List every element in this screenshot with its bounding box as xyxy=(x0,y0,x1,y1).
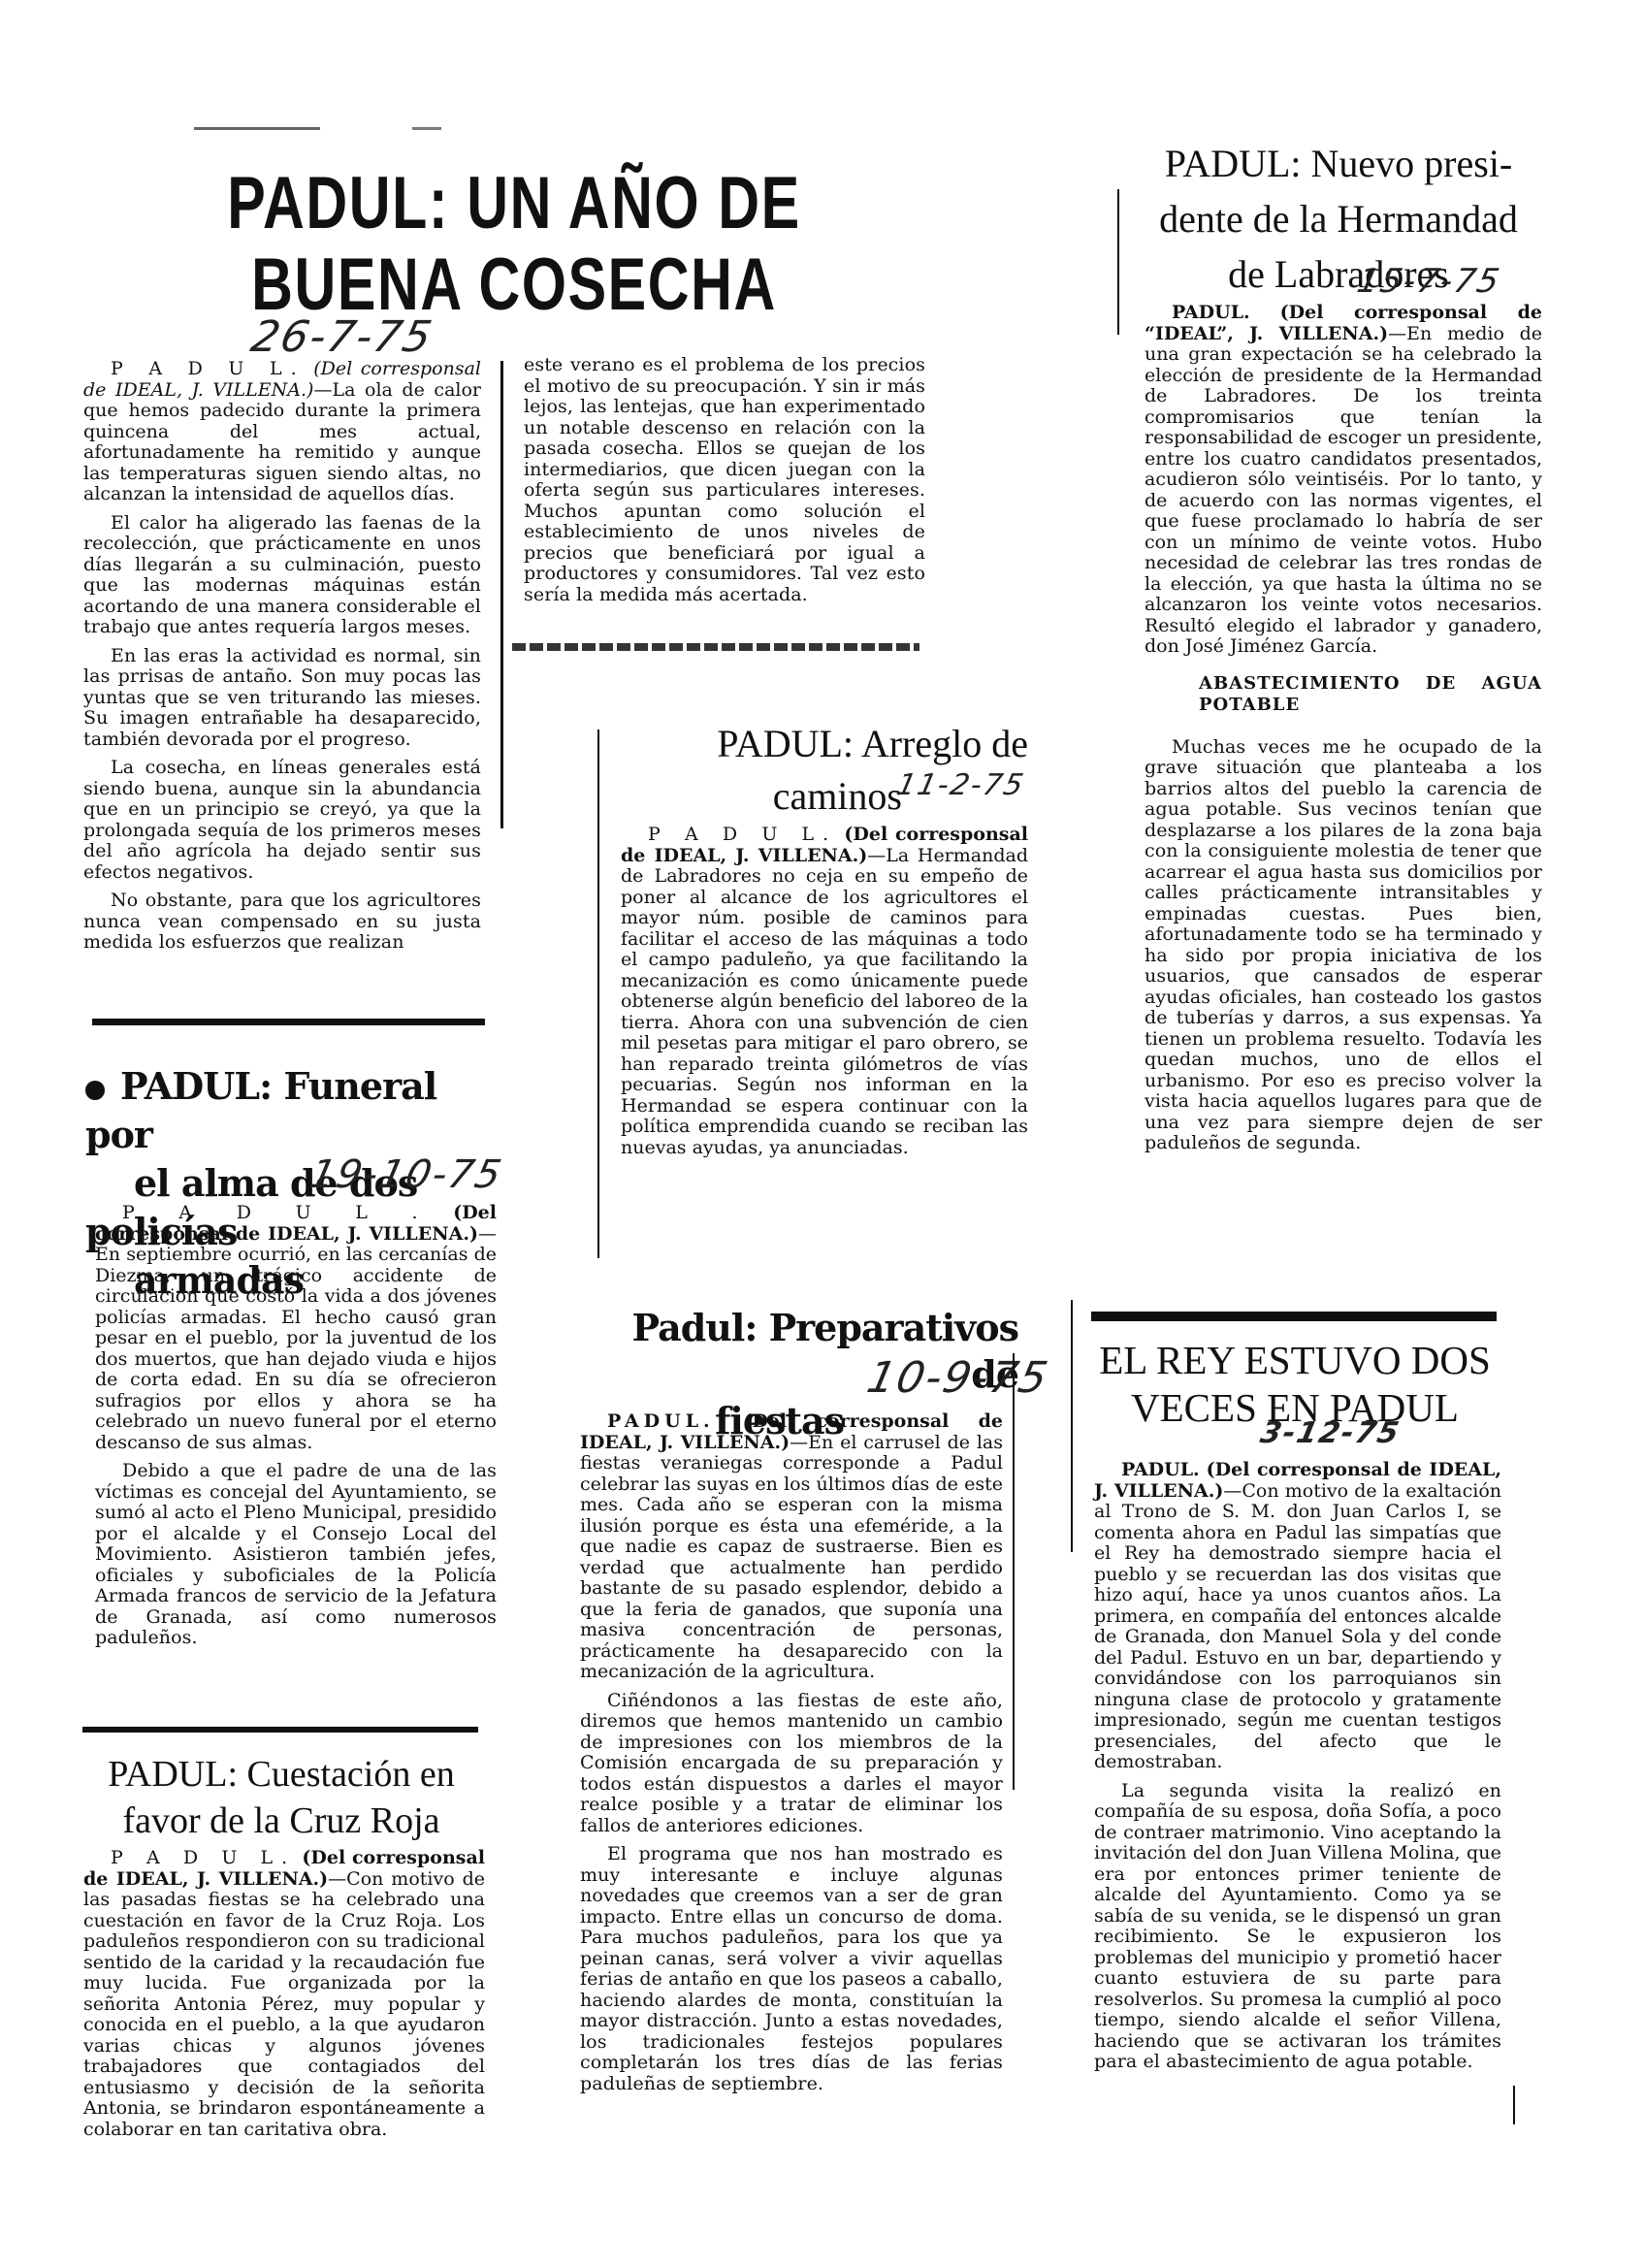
article-rey-body: PADUL. (Del corresponsal de IDEAL, J. VI… xyxy=(1094,1460,1501,2073)
divider-rule xyxy=(92,1019,485,1025)
date-note-rey: 3-12-75 xyxy=(1257,1416,1403,1450)
body-paragraph: El calor ha aligerado las faenas de la r… xyxy=(83,513,481,638)
article-cosecha-col2: este verano es el problema de los precio… xyxy=(524,355,925,605)
body-paragraph: En las eras la actividad es normal, sin … xyxy=(83,646,481,751)
article-cruz-roja: PADUL: Cuestación en favor de la Cruz Ro… xyxy=(78,1751,485,1844)
lead-paragraph: PADUL. (Del corresponsal de IDEAL, J. VI… xyxy=(580,1411,1003,1683)
lead-paragraph: PADUL. (Del corresponsal de IDEAL, J. VI… xyxy=(1094,1460,1501,1773)
bullet-icon xyxy=(85,1081,105,1100)
column-rule xyxy=(1117,189,1119,335)
body-paragraph: El programa que nos han mostrado es muy … xyxy=(580,1844,1003,2094)
headline-cosecha: PADUL: UN AÑO DE BUENA COSECHA xyxy=(181,163,847,326)
column-rule xyxy=(500,361,503,828)
article-cosecha: PADUL: UN AÑO DE BUENA COSECHA xyxy=(87,163,941,326)
column-rule xyxy=(1013,1353,1015,1790)
divider-wavy xyxy=(512,643,919,651)
scan-mark-top xyxy=(194,127,320,130)
date-note-funeral: 19-10-75 xyxy=(306,1152,506,1197)
date-note-hermandad: 15-7-75 xyxy=(1354,262,1504,301)
date-note-caminos: 11-2-75 xyxy=(893,768,1028,802)
column-rule xyxy=(1071,1300,1073,1552)
divider-rule xyxy=(82,1727,478,1733)
date-note-fiestas: 10-9-75 xyxy=(863,1353,1054,1403)
body-paragraph: Debido a que el padre de una de las víct… xyxy=(95,1461,497,1649)
subhead-agua: ABASTECIMIENTO DE AGUA POTABLE xyxy=(1199,673,1542,716)
lead-paragraph: P A D U L . (Del corresponsal de IDEAL, … xyxy=(95,1203,497,1453)
article-funeral-body: P A D U L . (Del corresponsal de IDEAL, … xyxy=(95,1203,497,1649)
article-fiestas-body: PADUL. (Del corresponsal de IDEAL, J. VI… xyxy=(580,1411,1003,2094)
article-caminos-body: P A D U L. (Del corresponsal de IDEAL, J… xyxy=(621,825,1028,1158)
body-paragraph: La segunda visita la realizó en compañía… xyxy=(1094,1781,1501,2073)
column-rule xyxy=(1513,2086,1515,2124)
lead-paragraph: P A D U L. (Del corresponsal de IDEAL, J… xyxy=(621,825,1028,1158)
body-paragraph: No obstante, para que los agricultores n… xyxy=(83,891,481,954)
date-note-cosecha: 26-7-75 xyxy=(247,312,438,362)
body-paragraph: Muchas veces me he ocupado de la grave s… xyxy=(1145,737,1542,1154)
headline-cruz-roja: PADUL: Cuestación en favor de la Cruz Ro… xyxy=(78,1751,485,1844)
body-paragraph: La cosecha, en líneas generales está sie… xyxy=(83,758,481,883)
lead-paragraph: PADUL. (Del corresponsal de “IDEAL”, J. … xyxy=(1145,303,1542,658)
article-cruz-roja-body: P A D U L. (Del corresponsal de IDEAL, J… xyxy=(83,1848,485,2140)
body-paragraph: Ciñéndonos a las fiestas de este año, di… xyxy=(580,1691,1003,1837)
article-cosecha-col1: P A D U L. (Del corresponsal de IDEAL, J… xyxy=(83,359,481,954)
divider-rule xyxy=(1091,1312,1497,1321)
column-rule xyxy=(597,729,599,1258)
scan-mark-top xyxy=(412,127,441,130)
article-hermandad-body: PADUL. (Del corresponsal de “IDEAL”, J. … xyxy=(1145,303,1542,1154)
lead-paragraph: P A D U L. (Del corresponsal de IDEAL, J… xyxy=(83,1848,485,2140)
lead-paragraph: P A D U L. (Del corresponsal de IDEAL, J… xyxy=(83,359,481,505)
body-paragraph: este verano es el problema de los precio… xyxy=(524,355,925,605)
